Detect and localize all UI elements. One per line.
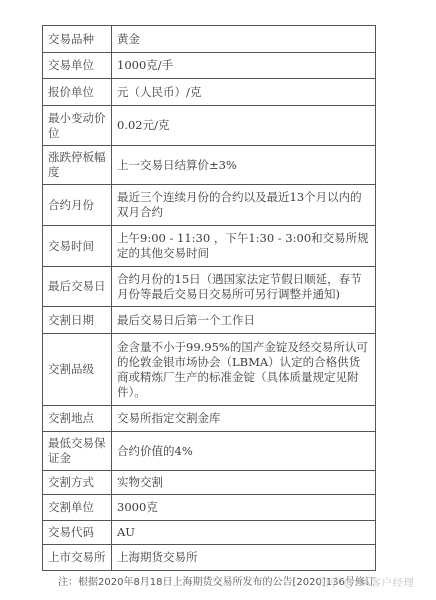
row-value: 0.02元/克 <box>112 106 376 146</box>
row-value: 上午9:00 - 11:30 ，下午1:30 - 3:00和交易所规定的其他交易… <box>112 226 376 267</box>
row-label: 交割日期 <box>43 307 112 334</box>
row-value: 合约月份的15日（遇国家法定节假日顺延，春节月份等最后交易日交易所可另行调整并通… <box>112 267 376 307</box>
table-row: 合约月份最近三个连续月份的合约以及最近13个月以内的双月合约 <box>43 185 376 226</box>
row-value: 合约价值的4% <box>112 432 376 471</box>
watermark: 知乎 @AA客户经理 <box>318 575 415 590</box>
row-label: 最后交易日 <box>43 267 112 307</box>
table-row: 最小变动价位0.02元/克 <box>43 106 376 146</box>
table-row: 交易时间上午9:00 - 11:30 ，下午1:30 - 3:00和交易所规定的… <box>43 226 376 267</box>
gold-futures-spec-table: 交易品种黄金 交易单位1000克/手 报价单位元（人民币）/克 最小变动价位0.… <box>42 25 376 571</box>
row-label: 上市交易所 <box>43 545 112 571</box>
row-label: 交易时间 <box>43 226 112 267</box>
row-value: 实物交割 <box>112 471 376 495</box>
row-value: 最近三个连续月份的合约以及最近13个月以内的双月合约 <box>112 185 376 226</box>
table-row: 交割日期最后交易日后第一个工作日 <box>43 307 376 334</box>
table-row: 交易品种黄金 <box>43 26 376 53</box>
row-value: 上一交易日结算价±3% <box>112 146 376 185</box>
row-value: 上海期货交易所 <box>112 545 376 571</box>
row-label: 合约月份 <box>43 185 112 226</box>
table-row: 交割品级金含量不小于99.95%的国产金锭及经交易所认可的伦敦金银市场协会（LB… <box>43 334 376 406</box>
row-label: 交易单位 <box>43 53 112 79</box>
row-label: 交易品种 <box>43 26 112 53</box>
row-label: 交割品级 <box>43 334 112 406</box>
row-label: 涨跌停板幅度 <box>43 146 112 185</box>
row-label: 报价单位 <box>43 79 112 106</box>
table-row: 交易代码AU <box>43 521 376 545</box>
row-label: 交割地点 <box>43 406 112 432</box>
table-row: 交割方式实物交割 <box>43 471 376 495</box>
row-label: 交割单位 <box>43 495 112 521</box>
row-value: 3000克 <box>112 495 376 521</box>
table-row: 最后交易日合约月份的15日（遇国家法定节假日顺延，春节月份等最后交易日交易所可另… <box>43 267 376 307</box>
row-value: 最后交易日后第一个工作日 <box>112 307 376 334</box>
row-value: AU <box>112 521 376 545</box>
row-value: 金含量不小于99.95%的国产金锭及经交易所认可的伦敦金银市场协会（LBMA）认… <box>112 334 376 406</box>
row-label: 交易代码 <box>43 521 112 545</box>
table-row: 最低交易保证金合约价值的4% <box>43 432 376 471</box>
row-label: 最小变动价位 <box>43 106 112 146</box>
row-value: 元（人民币）/克 <box>112 79 376 106</box>
row-label: 最低交易保证金 <box>43 432 112 471</box>
table-row: 上市交易所上海期货交易所 <box>43 545 376 571</box>
row-value: 黄金 <box>112 26 376 53</box>
table-row: 交易单位1000克/手 <box>43 53 376 79</box>
table-row: 交割单位3000克 <box>43 495 376 521</box>
row-value: 1000克/手 <box>112 53 376 79</box>
row-value: 交易所指定交割金库 <box>112 406 376 432</box>
table-row: 交割地点交易所指定交割金库 <box>43 406 376 432</box>
row-label: 交割方式 <box>43 471 112 495</box>
table-row: 涨跌停板幅度上一交易日结算价±3% <box>43 146 376 185</box>
table-row: 报价单位元（人民币）/克 <box>43 79 376 106</box>
